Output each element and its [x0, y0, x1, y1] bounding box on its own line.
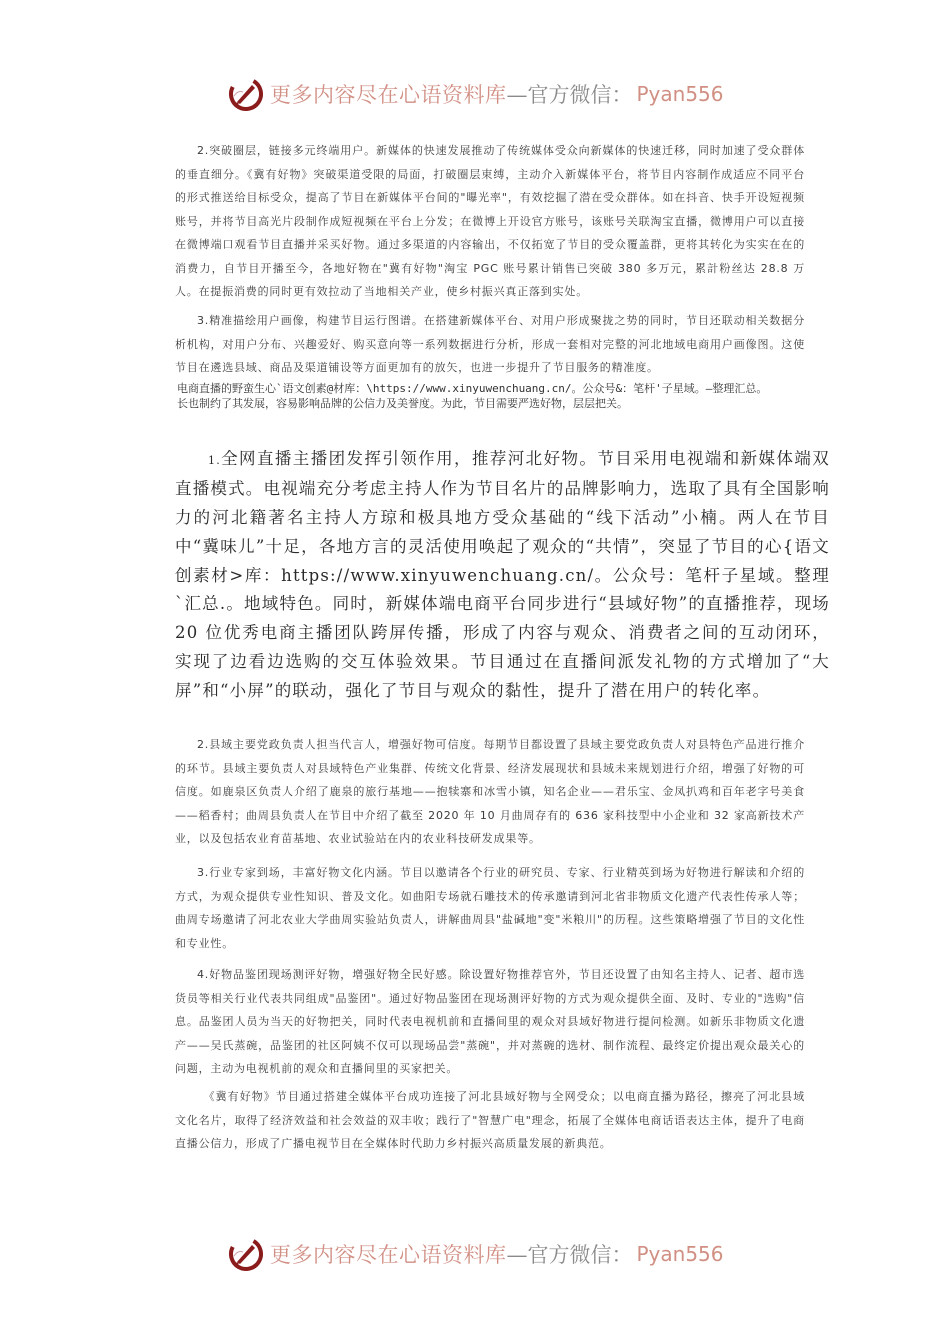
quill-pen-circle-icon: [228, 76, 264, 112]
paragraph-body: 全网直播主播团发挥引领作用，推荐河北好物。节目采用电视端和新媒体端双直播模式。电…: [175, 449, 830, 700]
paragraph-user-portrait: 3.精准描绘用户画像，构建节目运行图谱。在搭建新媒体平台、对用户形成聚拢之势的同…: [175, 309, 805, 380]
note-block: 电商直播的野蛮生心`语文创素@材库：\https://www.xinyuwenc…: [177, 381, 817, 411]
banner-wechat-handle: Pyan556: [637, 1242, 724, 1266]
banner-main-text: 更多内容尽在心语资料库: [270, 79, 507, 109]
paragraph-livestream-team: 1.全网直播主播团发挥引领作用，推荐河北好物。节目采用电视端和新媒体端双直播模式…: [175, 445, 830, 706]
header-banner: 更多内容尽在心语资料库 —官方微信： Pyan556: [228, 74, 724, 114]
list-number: 1.: [208, 454, 221, 467]
quill-pen-circle-icon: [228, 1236, 264, 1272]
banner-wechat-handle: Pyan556: [637, 82, 724, 106]
footer-banner: 更多内容尽在心语资料库 —官方微信： Pyan556: [228, 1234, 724, 1274]
banner-separator: —官方微信：: [507, 1239, 633, 1269]
banner-separator: —官方微信：: [507, 79, 633, 109]
paragraph-breaking-circles: 2.突破圈层，链接多元终端用户。新媒体的快速发展推动了传统媒体受众向新媒体的快速…: [175, 139, 805, 304]
note-line: 长也制约了其发展，容易影响品牌的公信力及美誉度。为此，节目需要严选好物，层层把关…: [177, 396, 817, 411]
paragraph-county-officials: 2.县域主要党政负责人担当代言人，增强好物可信度。每期节目都设置了县域主要党政负…: [175, 733, 805, 851]
note-line: 电商直播的野蛮生心`语文创素@材库：\https://www.xinyuwenc…: [177, 381, 817, 396]
paragraph-industry-experts: 3.行业专家到场，丰富好物文化内涵。节目以邀请各个行业的研究员、专家、行业精英到…: [175, 861, 805, 955]
paragraph-conclusion: 《冀有好物》节目通过搭建全媒体平台成功连接了河北县域好物与全网受众；以电商直播为…: [175, 1085, 805, 1156]
paragraph-tasting-panel: 4.好物品鉴团现场测评好物，增强好物全民好感。除设置好物推荐官外，节目还设置了由…: [175, 963, 805, 1081]
banner-main-text: 更多内容尽在心语资料库: [270, 1239, 507, 1269]
